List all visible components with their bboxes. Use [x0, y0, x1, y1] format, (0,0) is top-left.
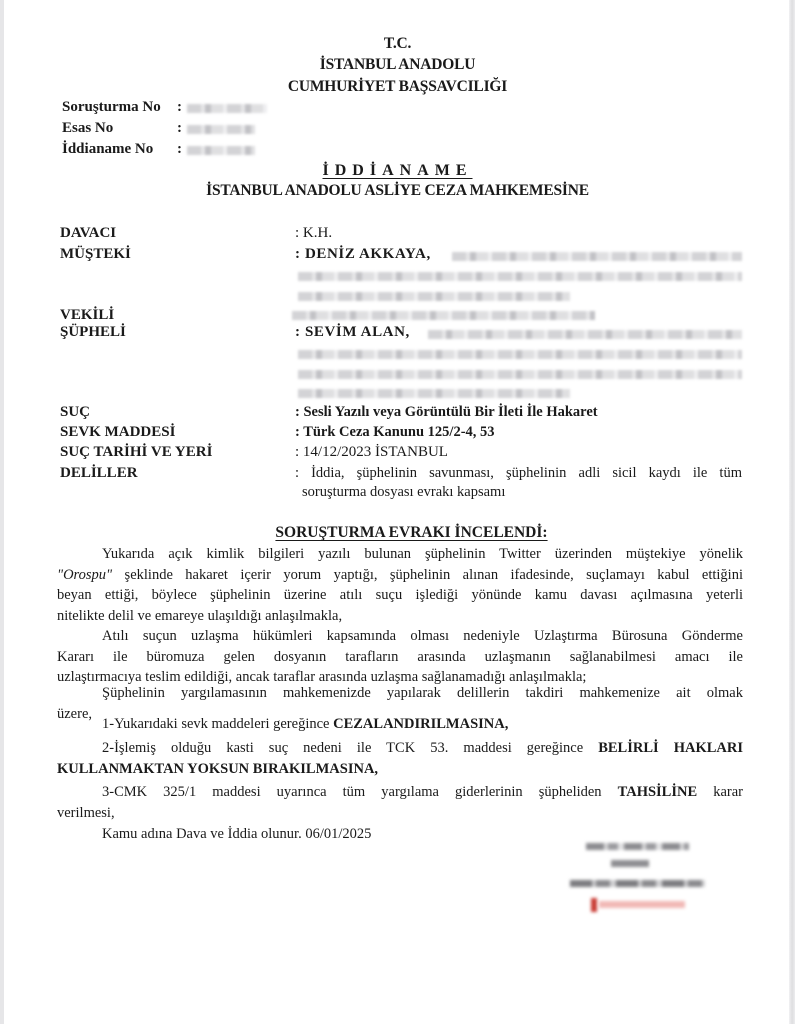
- closing-text: Kamu adına Dava ve İddia olunur. 06/01/2…: [102, 826, 371, 842]
- indictment-document: T.C. İSTANBUL ANADOLU CUMHURİYET BAŞSAVC…: [0, 0, 795, 1024]
- closing-line: Kamu adına Dava ve İddia olunur. 06/01/2…: [57, 824, 743, 845]
- sep: :: [177, 141, 182, 158]
- value-supheli-name: : SEVİM ALAN,: [295, 324, 410, 341]
- paragraph-mediation: Atılı suçun uzlaşma hükümleri kapsamında…: [57, 626, 743, 688]
- redacted-musteki-details: [298, 292, 570, 301]
- redacted-supheli-details: [298, 389, 570, 398]
- label-suc-tarihi: SUÇ TARİHİ VE YERİ: [60, 444, 212, 461]
- sep: :: [177, 99, 182, 116]
- redacted-iddianame-no: [187, 146, 255, 155]
- redacted-musteki-details: [298, 272, 742, 281]
- sep: :: [177, 120, 182, 137]
- verdict-bold: TAHSİLİNE: [618, 784, 698, 800]
- value-davaci: : K.H.: [295, 225, 332, 242]
- verdict-bold: KULLANMAKTAN YOKSUN BIRAKILMASINA,: [57, 761, 378, 777]
- item-3: 3-CMK 325/1 maddesi uyarınca tüm yargıla…: [57, 782, 743, 823]
- text-line: 3-CMK 325/1 maddesi uyarınca tüm yargıla…: [102, 784, 618, 800]
- verdict-bold: CEZALANDIRILMASINA,: [333, 716, 508, 732]
- label-suc: SUÇ: [60, 404, 90, 421]
- header-office: CUMHURİYET BAŞSAVCILIĞI: [0, 78, 795, 96]
- value-deliller-line1: : İddia, şüphelinin savunması, şüphelini…: [295, 465, 742, 482]
- text-line: Kararı ile büromuza gelen dosyanın taraf…: [57, 647, 743, 668]
- text-line: 2-İşlemiş olduğu kasti suç nedeni ile TC…: [102, 740, 598, 756]
- section-title: SORUŞTURMA EVRAKI İNCELENDİ:: [14, 524, 795, 542]
- redacted-vekili: [292, 311, 595, 320]
- redacted-esas-no: [187, 125, 255, 134]
- label-sorusturma-no: Soruşturma No: [62, 99, 161, 116]
- item-1: 1-Yukarıdaki sevk maddeleri gereğince CE…: [57, 714, 743, 735]
- value-suc: : Sesli Yazılı veya Görüntülü Bir İleti …: [295, 404, 598, 421]
- verdict-bold: BELİRLİ HAKLARI: [598, 740, 743, 756]
- item-2: 2-İşlemiş olduğu kasti suç nedeni ile TC…: [57, 738, 743, 779]
- text-line: şeklinde hakaret içerir yorum yaptığı, ş…: [112, 567, 743, 583]
- label-supheli: ŞÜPHELİ: [60, 324, 126, 341]
- label-musteki: MÜŞTEKİ: [60, 246, 131, 263]
- value-sevk-maddesi: : Türk Ceza Kanunu 125/2-4, 53: [295, 424, 495, 441]
- redacted-supheli-details: [428, 330, 742, 339]
- text-line: nitelikte delil ve emareye ulaşıldığı an…: [57, 606, 743, 627]
- text-line: Şüphelinin yargılamasının mahkemenizde y…: [102, 685, 743, 701]
- label-davaci: DAVACI: [60, 225, 116, 242]
- quoted-word: "Orospu": [57, 567, 112, 583]
- value-musteki-name: : DENİZ AKKAYA,: [295, 246, 431, 263]
- text-line: beyan ettiği, böylece şüphelinin üzerine…: [57, 585, 743, 606]
- value-deliller-line2: soruşturma dosyası evrakı kapsamı: [302, 484, 505, 501]
- text-line: karar: [697, 784, 743, 800]
- value-suc-tarihi: : 14/12/2023 İSTANBUL: [295, 444, 448, 461]
- redacted-supheli-details: [298, 350, 742, 359]
- text-line: Atılı suçun uzlaşma hükümleri kapsamında…: [102, 628, 743, 644]
- paragraph-findings: Yukarıda açık kimlik bilgileri yazılı bu…: [57, 544, 743, 626]
- label-sevk-maddesi: SEVK MADDESİ: [60, 424, 175, 441]
- text-line: 1-Yukarıdaki sevk maddeleri gereğince: [102, 716, 333, 732]
- redacted-supheli-details: [298, 370, 742, 379]
- header-city: İSTANBUL ANADOLU: [0, 56, 795, 74]
- redacted-sorusturma-no: [187, 104, 267, 113]
- label-esas-no: Esas No: [62, 120, 113, 137]
- label-vekili: VEKİLİ: [60, 307, 114, 324]
- header-tc: T.C.: [0, 35, 795, 53]
- text-line: verilmesi,: [57, 803, 743, 824]
- court-name: İSTANBUL ANADOLU ASLİYE CEZA MAHKEMESİNE: [0, 182, 795, 200]
- document-title: İDDİANAME: [0, 162, 795, 180]
- text-line: Yukarıda açık kimlik bilgileri yazılı bu…: [102, 546, 743, 562]
- label-iddianame-no: İddianame No: [62, 141, 153, 158]
- label-deliller: DELİLLER: [60, 465, 138, 482]
- redacted-musteki-details: [452, 252, 742, 261]
